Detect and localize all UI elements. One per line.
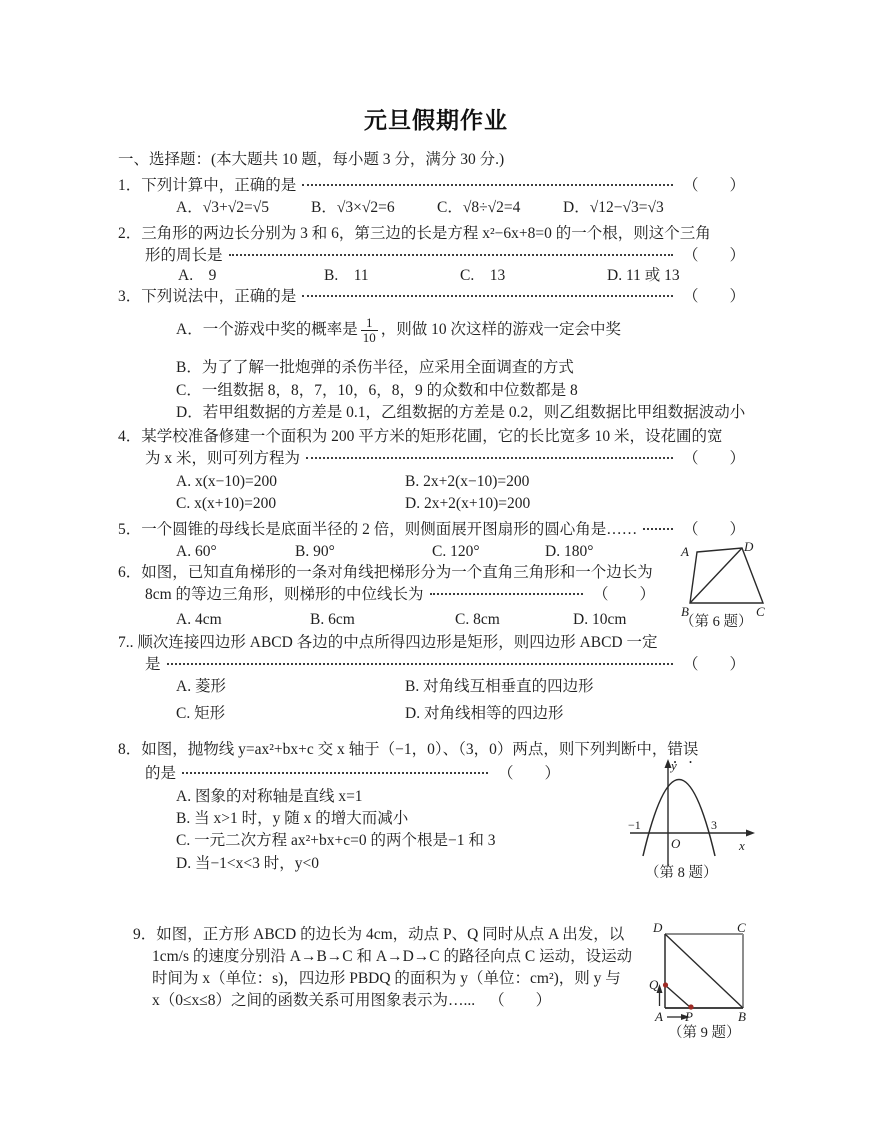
question-1-option-d: D．√12−√3=√3 (563, 198, 664, 218)
question-7-option-d: D. 对角线相等的四边形 (405, 704, 563, 724)
root-label-left: −1 (628, 818, 641, 832)
dot-leader (229, 254, 673, 256)
point-label-p: P (684, 1009, 693, 1024)
question-3-stem: 3．下列说法中，正确的是 (118, 287, 296, 307)
question-8-option-c: C. 一元二次方程 ax²+bx+c=0 的两个根是−1 和 3 (176, 831, 495, 851)
origin-label: O (671, 836, 681, 851)
question-3-answer-blank: （ ） (683, 287, 745, 307)
question-3-option-c: C．一组数据 8，8，7，10，6，8，9 的众数和中位数都是 8 (176, 381, 578, 401)
question-6-option-b: B. 6cm (310, 610, 355, 630)
question-4-answer-blank: （ ） (683, 449, 745, 469)
dot-leader (302, 184, 673, 186)
question-8-line2: 的是 （ ） (145, 764, 560, 784)
question-5-option-b: B. 90° (295, 542, 335, 562)
question-4-line1: 4．某学校准备修建一个面积为 200 平方米的矩形花圃，它的长比宽多 10 米，… (118, 427, 723, 447)
question-8-line1: 8．如图，抛物线 y=ax²+bx+c 交 x 轴于（−1，0）、（3，0）两点… (118, 740, 698, 767)
question-2-option-b: B. 11 (324, 266, 369, 286)
fraction-denominator: 10 (361, 330, 378, 345)
question-2-line1: 2．三角形的两边长分别为 3 和 6，第三边的长是方程 x²−6x+8=0 的一… (118, 224, 711, 244)
section-heading: 一、选择题：(本大题共 10 题，每小题 3 分，满分 30 分.) (118, 150, 504, 170)
question-6-line2-text: 8cm 的等边三角形，则梯形的中位线长为 (145, 585, 424, 605)
question-9-line4: x（0≤x≤8）之间的函数关系可用图象表示为…... （ ） (152, 991, 562, 1011)
dot-leader (182, 772, 488, 774)
question-5-stem-line: 5．一个圆锥的母线长是底面半径的 2 倍，则侧面展开图扇形的圆心角是…… （ ） (118, 520, 745, 540)
exam-paper-page: 元旦假期作业 一、选择题：(本大题共 10 题，每小题 3 分，满分 30 分.… (0, 0, 872, 1122)
question-5-option-a: A. 60° (176, 542, 217, 562)
question-3-stem-line: 3．下列说法中，正确的是 （ ） (118, 287, 745, 307)
question-4-line2-text: 为 x 米，则可列方程为 (145, 449, 300, 469)
question-7-answer-blank: （ ） (683, 655, 745, 675)
figure-8-caption: （第 8 题） (645, 864, 718, 882)
question-9-line3: 时间为 x（单位：s)，四边形 PBDQ 的面积为 y（单位：cm²)，则 y … (152, 969, 621, 989)
vertex-label-a: A (654, 1009, 663, 1024)
question-7-line1: 7.. 顺次连接四边形 ABCD 各边的中点所得四边形是矩形，则四边形 ABCD… (118, 633, 658, 653)
page-title: 元旦假期作业 (0, 107, 872, 135)
question-3-option-a: A．一个游戏中奖的概率是 1 10 ，则做 10 次这样的游戏一定会中奖 (176, 311, 621, 349)
vertex-label-c: C (737, 920, 746, 935)
option-a-pre: A．一个游戏中奖的概率是 (176, 320, 358, 340)
question-6-option-c: C. 8cm (455, 610, 500, 630)
fraction-numerator: 1 (361, 316, 378, 330)
dot-leader (306, 457, 673, 459)
vertex-label-c: C (756, 604, 765, 618)
question-6-option-d: D. 10cm (573, 610, 626, 630)
question-8-line2-text: 的是 (145, 764, 176, 784)
question-5-option-d: D. 180° (545, 542, 593, 562)
question-3-option-d: D．若甲组数据的方差是 0.1，乙组数据的方差是 0.2，则乙组数据比甲组数据波… (176, 403, 745, 423)
dot-leader (302, 295, 673, 297)
square-figure-q9: D C A B Q P (642, 920, 782, 1026)
option-a-post: ，则做 10 次这样的游戏一定会中奖 (381, 320, 621, 340)
question-1-stem-line: 1．下列计算中，正确的是 （ ） (118, 176, 745, 196)
figure-6-caption: （第 6 题） (680, 613, 753, 631)
question-2-option-c: C. 13 (460, 266, 505, 286)
question-4-option-a: A. x(x−10)=200 (176, 472, 277, 492)
question-2-answer-blank: （ ） (683, 246, 745, 266)
point-label-q: Q (649, 977, 659, 992)
question-7-option-a: A. 菱形 (176, 677, 226, 697)
question-2-option-a: A. 9 (178, 266, 216, 286)
question-4-option-b: B. 2x+2(x−10)=200 (405, 472, 529, 492)
question-6-option-a: A. 4cm (176, 610, 222, 630)
question-5-option-c: C. 120° (432, 542, 480, 562)
question-9-line1: 9．如图，正方形 ABCD 的边长为 4cm，动点 P、Q 同时从点 A 出发，… (133, 925, 624, 945)
vertex-label-b: B (738, 1009, 746, 1024)
axis-label-y: y (669, 758, 677, 773)
question-4-option-c: C. x(x+10)=200 (176, 494, 276, 514)
trapezoid-figure-q6: A D B C (655, 534, 775, 618)
dot-leader (643, 528, 673, 530)
question-1-stem: 1．下列计算中，正确的是 (118, 176, 296, 196)
fraction-one-tenth: 1 10 (361, 316, 378, 345)
question-8-answer-blank: （ ） (498, 764, 560, 784)
question-7-line2-text: 是 (145, 655, 161, 675)
vertex-label-d: D (652, 920, 663, 935)
question-6-line1: 6．如图，已知直角梯形的一条对角线把梯形分为一个直角三角形和一个边长为 (118, 563, 653, 583)
figure-9-caption: （第 9 题） (668, 1024, 741, 1042)
question-4-option-d: D. 2x+2(x+10)=200 (405, 494, 530, 514)
question-7-option-c: C. 矩形 (176, 704, 225, 724)
question-9-line4-text: x（0≤x≤8）之间的函数关系可用图象表示为…... (152, 991, 475, 1011)
question-2-line2-text: 形的周长是 (145, 246, 223, 266)
question-1-answer-blank: （ ） (683, 176, 745, 196)
question-7-option-b: B. 对角线互相垂直的四边形 (405, 677, 594, 697)
question-6-line2: 8cm 的等边三角形，则梯形的中位线长为 （ ） (145, 585, 655, 605)
axis-label-x: x (738, 838, 745, 853)
vertex-label-d: D (743, 539, 754, 554)
question-6-answer-blank: （ ） (593, 585, 655, 605)
question-8-option-d: D. 当−1<x<3 时，y<0 (176, 854, 319, 874)
question-8-line1-text: 8．如图，抛物线 y=ax²+bx+c 交 x 轴于（−1，0）、（3，0）两点… (118, 741, 667, 758)
question-9-answer-blank: （ ） (489, 991, 551, 1011)
question-1-option-a: A．√3+√2=√5 (176, 198, 269, 218)
vertex-label-a: A (680, 544, 689, 559)
root-label-right: 3 (711, 818, 717, 832)
question-3-option-b: B．为了了解一批炮弹的杀伤半径，应采用全面调查的方式 (176, 358, 574, 378)
question-1-option-b: B．√3×√2=6 (311, 198, 395, 218)
question-8-option-a: A. 图象的对称轴是直线 x=1 (176, 787, 363, 807)
question-1-option-c: C．√8÷√2=4 (437, 198, 520, 218)
question-8-option-b: B. 当 x>1 时，y 随 x 的增大而减小 (176, 809, 408, 829)
question-4-line2: 为 x 米，则可列方程为 （ ） (145, 449, 745, 469)
question-5-stem: 5．一个圆锥的母线长是底面半径的 2 倍，则侧面展开图扇形的圆心角是…… (118, 520, 637, 540)
parabola-figure-q8: y x O −1 3 (618, 752, 766, 870)
question-2-option-d: D. 11 或 13 (607, 266, 680, 286)
dot-leader (167, 663, 673, 665)
dot-leader (430, 593, 583, 595)
question-2-line2: 形的周长是 （ ） (145, 246, 745, 266)
question-7-line2: 是 （ ） (145, 655, 745, 675)
question-9-line2: 1cm/s 的速度分别沿 A→B→C 和 A→D→C 的路径向点 C 运动，设运… (152, 947, 632, 967)
